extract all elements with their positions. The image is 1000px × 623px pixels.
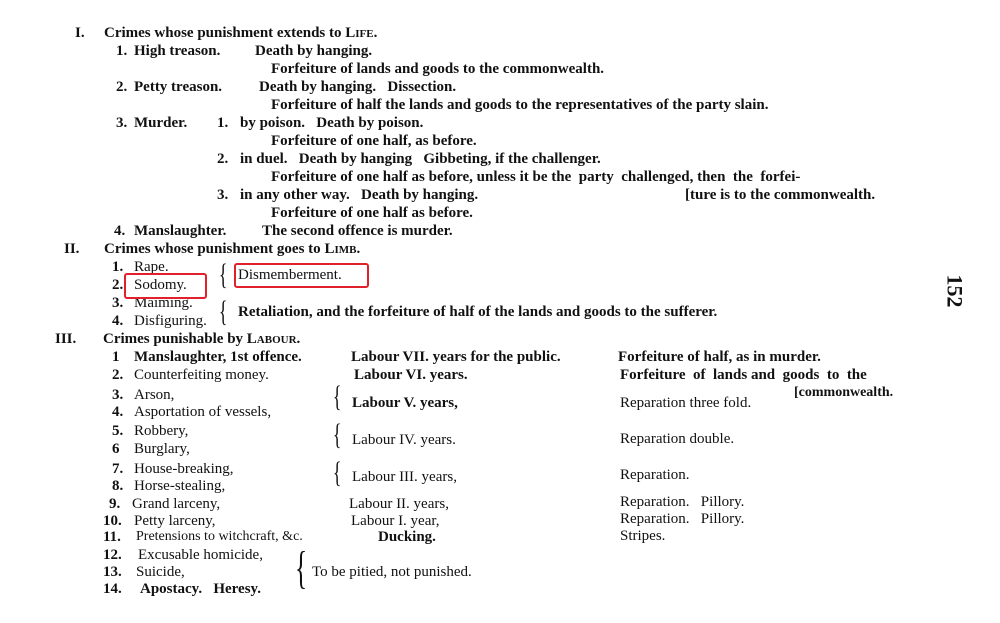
item-num: 11. xyxy=(103,528,121,546)
item-num: 2. xyxy=(116,78,127,96)
crime-text: Manslaughter, 1st offence. xyxy=(134,348,302,366)
pitied-text: To be pitied, not punished. xyxy=(312,563,472,581)
labour-text: Labour V. years, xyxy=(352,394,458,412)
crime-text: Arson, xyxy=(134,386,174,404)
section-numeral-iii: III. xyxy=(55,330,76,348)
punishment-text: Death by hanging. Dissection. xyxy=(259,78,456,96)
crime-text: Grand larceny, xyxy=(132,495,220,513)
labour-text: Ducking. xyxy=(378,528,436,546)
crime-text: Robbery, xyxy=(134,422,188,440)
crime-text: Burglary, xyxy=(134,440,190,458)
sub-num: 2. xyxy=(217,150,228,168)
crime-text: Suicide, xyxy=(136,563,185,581)
brace-icon: { xyxy=(333,382,342,412)
highlight-box-dismemberment xyxy=(234,263,369,288)
crime-murder: Murder. xyxy=(134,114,187,132)
crime-text: Pretensions to witchcraft, &c. xyxy=(136,528,303,546)
document-page: I. Crimes whose punishment extends to Li… xyxy=(0,0,1000,623)
section-heading-labour: Crimes punishable by Labour. xyxy=(103,330,300,348)
other-penalty: Reparation. xyxy=(620,466,690,484)
brace-icon: { xyxy=(295,545,307,591)
item-num: 5. xyxy=(112,422,123,440)
item-num: 4. xyxy=(114,222,125,240)
forfeiture-text: Forfeiture of one half as before, unless… xyxy=(271,168,800,186)
item-num: 9. xyxy=(109,495,120,513)
item-num: 4. xyxy=(112,403,123,421)
labour-text: Labour VII. years for the public. xyxy=(351,348,561,366)
item-num: 3. xyxy=(116,114,127,132)
crime-text: Asportation of vessels, xyxy=(134,403,271,421)
item-num: 13. xyxy=(103,563,122,581)
forfeiture-text: Forfeiture of half the lands and goods t… xyxy=(271,96,768,114)
murder-other-way: in any other way. Death by hanging. xyxy=(240,186,478,204)
crime-text: Apostacy. Heresy. xyxy=(140,580,261,598)
labour-text: Labour II. years, xyxy=(349,495,449,513)
page-number: 152 xyxy=(942,275,968,308)
labour-text: Labour III. years, xyxy=(352,468,457,486)
item-num: 3. xyxy=(112,386,123,404)
other-penalty: Forfeiture of lands and goods to the xyxy=(620,366,867,384)
item-num: 2. xyxy=(112,366,123,384)
section-heading-limb: Crimes whose punishment goes to Limb. xyxy=(104,240,360,258)
punishment-text: The second offence is murder. xyxy=(262,222,453,240)
brace-icon: { xyxy=(219,297,228,327)
crime-high-treason: High treason. xyxy=(134,42,220,60)
item-num: 2. xyxy=(112,276,123,294)
item-num: 6 xyxy=(112,440,120,458)
crime-manslaughter: Manslaughter. xyxy=(134,222,226,240)
labour-text: Labour IV. years. xyxy=(352,431,456,449)
sub-num: 3. xyxy=(217,186,228,204)
brace-icon: { xyxy=(333,458,342,488)
forfeiture-text: Forfeiture of one half, as before. xyxy=(271,132,477,150)
crime-text: Excusable homicide, xyxy=(138,546,263,564)
forfeiture-text: Forfeiture of lands and goods to the com… xyxy=(271,60,604,78)
crime-disfiguring: Disfiguring. xyxy=(134,312,207,330)
other-penalty: Forfeiture of half, as in murder. xyxy=(618,348,821,366)
murder-by-poison: by poison. Death by poison. xyxy=(240,114,423,132)
continuation-text: [commonwealth. xyxy=(794,384,893,402)
section-numeral-ii: II. xyxy=(64,240,79,258)
section-numeral-i: I. xyxy=(75,24,85,42)
other-penalty: Reparation. Pillory. xyxy=(620,493,744,511)
item-num: 3. xyxy=(112,294,123,312)
crime-text: Horse-stealing, xyxy=(134,477,225,495)
crime-text: Counterfeiting money. xyxy=(134,366,269,384)
item-num: 7. xyxy=(112,460,123,478)
other-penalty: Reparation three fold. xyxy=(620,394,751,412)
forfeiture-text: Forfeiture of one half as before. xyxy=(271,204,473,222)
crime-text: House-breaking, xyxy=(134,460,234,478)
murder-in-duel: in duel. Death by hanging Gibbeting, if … xyxy=(240,150,601,168)
brace-icon: { xyxy=(219,260,228,290)
item-num: 4. xyxy=(112,312,123,330)
highlight-box-sodomy xyxy=(124,273,207,299)
labour-text: Labour VI. years. xyxy=(354,366,468,384)
section-heading-life: Crimes whose punishment extends to Life. xyxy=(104,24,377,42)
other-penalty: Stripes. xyxy=(620,527,665,545)
item-num: 1. xyxy=(116,42,127,60)
other-penalty: Reparation. Pillory. xyxy=(620,510,744,528)
sub-num: 1. xyxy=(217,114,228,132)
crime-petty-treason: Petty treason. xyxy=(134,78,222,96)
item-num: 1. xyxy=(112,258,123,276)
punishment-retaliation: Retaliation, and the forfeiture of half … xyxy=(238,303,717,321)
other-penalty: Reparation double. xyxy=(620,430,734,448)
item-num: 12. xyxy=(103,546,122,564)
item-num: 1 xyxy=(112,348,120,366)
punishment-text: Death by hanging. xyxy=(255,42,372,60)
continuation-text: [ture is to the commonwealth. xyxy=(685,186,875,204)
brace-icon: { xyxy=(333,420,342,450)
item-num: 14. xyxy=(103,580,122,598)
item-num: 8. xyxy=(112,477,123,495)
